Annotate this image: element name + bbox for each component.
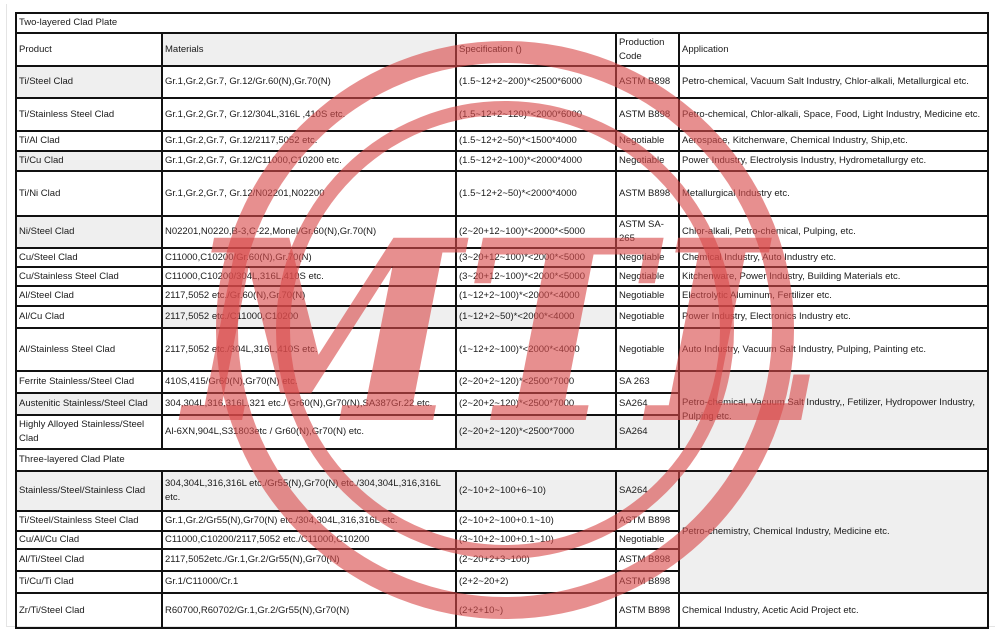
cell-code: Negotiable [616, 151, 679, 171]
cell-code: Negotiable [616, 531, 679, 549]
table-row: Al/Cu Clad 2117,5052 etc./C11000,C10200 … [16, 306, 988, 328]
header-row: Product Materials Specification () Produ… [16, 33, 988, 66]
cell-materials: Gr.1,Gr.2,Gr.7, Gr.12/C11000,C10200 etc. [162, 151, 456, 171]
header-product: Product [16, 33, 162, 66]
cell-spec: (2~20+2~120)*<2500*7000 [456, 371, 616, 393]
cell-spec: (1.5~12+2~120)*<2000*6000 [456, 98, 616, 131]
cell-code: ASTM B898 [616, 171, 679, 216]
cell-code: ASTM B898 [616, 549, 679, 571]
table-row: Al/Stainless Steel Clad 2117,5052 etc./3… [16, 328, 988, 371]
cell-spec: (2+2~20+2) [456, 571, 616, 593]
cell-materials: Gr.1/C11000/Cr.1 [162, 571, 456, 593]
cell-application-merged: Petro-chemistry, Chemical Industry, Medi… [679, 471, 988, 593]
header-specification: Specification () [456, 33, 616, 66]
header-application: Application [679, 33, 988, 66]
section-row-two-layer: Two-layered Clad Plate [16, 13, 988, 33]
cell-product: Cu/Steel Clad [16, 248, 162, 267]
cell-materials: Gr.1,Gr.2,Gr.7, Gr.12/304L,316L ,410S et… [162, 98, 456, 131]
cell-application: Power Industry, Electronics Industry etc… [679, 306, 988, 328]
cell-product: Stainless/Steel/Stainless Clad [16, 471, 162, 511]
cell-spec: (2+2+10~) [456, 593, 616, 628]
cell-materials: C11000,C10200/2117,5052 etc./C11000,C102… [162, 531, 456, 549]
table-row: Cu/Steel Clad C11000,C10200/Gr.60(N),Gr.… [16, 248, 988, 267]
cell-spec: (2~10+2~100+6~10) [456, 471, 616, 511]
cell-spec: (3~20+12~100)*<2000*<5000 [456, 248, 616, 267]
table-row: Ferrite Stainless/Steel Clad 410S,415/Gr… [16, 371, 988, 393]
cell-application: Power Industry, Electrolysis Industry, H… [679, 151, 988, 171]
cell-spec: (2~20+2+3~100) [456, 549, 616, 571]
cell-code: SA 263 [616, 371, 679, 393]
cell-materials: Gr.1,Gr.2,Gr.7, Gr.12/2117,5052 etc. [162, 131, 456, 151]
cell-materials: Gr.1,Gr.2,Gr.7, Gr.12/Gr.60(N),Gr.70(N) [162, 66, 456, 98]
cell-product: Al/Steel Clad [16, 286, 162, 306]
cell-spec: (2~20+2~120)*<2500*7000 [456, 415, 616, 449]
table-row: Ti/Al Clad Gr.1,Gr.2,Gr.7, Gr.12/2117,50… [16, 131, 988, 151]
cell-materials: C11000,C10200/Gr.60(N),Gr.70(N) [162, 248, 456, 267]
cell-code: Negotiable [616, 131, 679, 151]
cell-spec: (1.5~12+2~50)*<1500*4000 [456, 131, 616, 151]
cell-product: Ni/Steel Clad [16, 216, 162, 248]
table-row: Zr/Ti/Steel Clad R60700,R60702/Gr.1,Gr.2… [16, 593, 988, 628]
cell-application-merged: Petro-chemical, Vacuum Salt Industry,, F… [679, 371, 988, 449]
cell-application: Chemical Industry, Acetic Acid Project e… [679, 593, 988, 628]
cell-code: ASTM B898 [616, 571, 679, 593]
cell-spec: (1.5~12+2~50)*<2000*4000 [456, 171, 616, 216]
cell-product: Austenitic Stainless/Steel Clad [16, 393, 162, 415]
cell-product: Al/Ti/Steel Clad [16, 549, 162, 571]
section-title: Three-layered Clad Plate [16, 449, 988, 471]
cell-application: Chlor-alkali, Petro-chemical, Pulping, e… [679, 216, 988, 248]
cell-spec: (1.5~12+2~100)*<2000*4000 [456, 151, 616, 171]
cell-spec: (3~10+2~100+0.1~10) [456, 531, 616, 549]
cell-materials: 304,304L,316,316L etc./Gr55(N),Gr70(N) e… [162, 471, 456, 511]
cell-code: ASTM B898 [616, 98, 679, 131]
cell-spec: (2~20+12~100)*<2000*<5000 [456, 216, 616, 248]
header-materials: Materials [162, 33, 456, 66]
cell-product: Zr/Ti/Steel Clad [16, 593, 162, 628]
cell-materials: N02201,N0220,B-3,C-22,Monel/Gr.60(N),Gr.… [162, 216, 456, 248]
cell-code: Negotiable [616, 286, 679, 306]
cell-spec: (1~12+2~100)*<2000*<4000 [456, 328, 616, 371]
cell-application: Petro-chemical, Chlor-alkali, Space, Foo… [679, 98, 988, 131]
cell-spec: (1~12+2~100)*<2000*<4000 [456, 286, 616, 306]
cell-code: Negotiable [616, 267, 679, 286]
cell-product: Al/Stainless Steel Clad [16, 328, 162, 371]
cell-materials: 2117,5052 etc./C11000,C10200 [162, 306, 456, 328]
section-row-three-layer: Three-layered Clad Plate [16, 449, 988, 471]
cell-product: Ti/Steel Clad [16, 66, 162, 98]
cell-product: Ti/Cu/Ti Clad [16, 571, 162, 593]
cell-code: SA264 [616, 393, 679, 415]
cell-application: Kitchenware, Power Industry, Building Ma… [679, 267, 988, 286]
cell-materials: C11000,C10200/304L,316L,410S etc. [162, 267, 456, 286]
cell-materials: 2117,5052 etc./304L,316L,410S etc. [162, 328, 456, 371]
cell-product: Ti/Stainless Steel Clad [16, 98, 162, 131]
cell-application: Metallurgical Industry etc. [679, 171, 988, 216]
table-row: Cu/Stainless Steel Clad C11000,C10200/30… [16, 267, 988, 286]
table-row: Ti/Stainless Steel Clad Gr.1,Gr.2,Gr.7, … [16, 98, 988, 131]
table-row: Ti/Ni Clad Gr.1,Gr.2,Gr.7, Gr.12/N02201,… [16, 171, 988, 216]
table-row: Ni/Steel Clad N02201,N0220,B-3,C-22,Mone… [16, 216, 988, 248]
cell-product: Cu/Al/Cu Clad [16, 531, 162, 549]
cell-product: Highly Alloyed Stainless/Steel Clad [16, 415, 162, 449]
section-title: Two-layered Clad Plate [16, 13, 988, 33]
cell-application: Electrolytic Aluminum, Fertilizer etc. [679, 286, 988, 306]
table-row: Ti/Cu Clad Gr.1,Gr.2,Gr.7, Gr.12/C11000,… [16, 151, 988, 171]
cell-code: ASTM B898 [616, 511, 679, 531]
cell-application: Aerospace, Kitchenware, Chemical Industr… [679, 131, 988, 151]
table-row: Ti/Steel Clad Gr.1,Gr.2,Gr.7, Gr.12/Gr.6… [16, 66, 988, 98]
table-row: Stainless/Steel/Stainless Clad 304,304L,… [16, 471, 988, 511]
cell-materials: 410S,415/Gr60(N),Gr70(N) etc. [162, 371, 456, 393]
cell-product: Cu/Stainless Steel Clad [16, 267, 162, 286]
cell-code: SA264 [616, 471, 679, 511]
cell-materials: Gr.1,Gr.2,Gr.7, Gr.12/N02201,N02200 [162, 171, 456, 216]
cell-application: Auto Industry, Vacuum Salt Industry, Pul… [679, 328, 988, 371]
cell-product: Ti/Cu Clad [16, 151, 162, 171]
header-production-code: Production Code [616, 33, 679, 66]
cell-code: SA264 [616, 415, 679, 449]
cell-application: Chemical Industry, Auto Industry etc. [679, 248, 988, 267]
cell-code: ASTM B898 [616, 66, 679, 98]
cell-materials: Gr.1,Gr.2/Gr55(N),Gr70(N) etc./304,304L,… [162, 511, 456, 531]
cell-spec: (2~10+2~100+0.1~10) [456, 511, 616, 531]
cell-code: Negotiable [616, 248, 679, 267]
cell-spec: (1.5~12+2~200)*<2500*6000 [456, 66, 616, 98]
cell-code: Negotiable [616, 306, 679, 328]
cell-materials: 2117,5052 etc./Gr.60(N),Gr.70(N) [162, 286, 456, 306]
cell-code: Negotiable [616, 328, 679, 371]
cell-code: ASTM SA-265 [616, 216, 679, 248]
cell-materials: 2117,5052etc./Gr.1,Gr.2/Gr55(N),Gr70(N) [162, 549, 456, 571]
cell-materials: 304,304L,316,316L,321 etc./ Gr60(N),Gr70… [162, 393, 456, 415]
cell-product: Ferrite Stainless/Steel Clad [16, 371, 162, 393]
cell-spec: (3~20+12~100)*<2000*<5000 [456, 267, 616, 286]
cell-application: Petro-chemical, Vacuum Salt Industry, Ch… [679, 66, 988, 98]
cell-product: Ti/Steel/Stainless Steel Clad [16, 511, 162, 531]
cell-spec: (1~12+2~50)*<2000*<4000 [456, 306, 616, 328]
cell-product: Al/Cu Clad [16, 306, 162, 328]
clad-plate-table: Two-layered Clad Plate Product Materials… [15, 12, 989, 629]
cell-materials: Al-6XN,904L,S31803etc / Gr60(N),Gr70(N) … [162, 415, 456, 449]
cell-code: ASTM B898 [616, 593, 679, 628]
cell-materials: R60700,R60702/Gr.1,Gr.2/Gr55(N),Gr70(N) [162, 593, 456, 628]
cell-spec: (2~20+2~120)*<2500*7000 [456, 393, 616, 415]
cell-product: Ti/Ni Clad [16, 171, 162, 216]
cell-product: Ti/Al Clad [16, 131, 162, 151]
table-row: Al/Steel Clad 2117,5052 etc./Gr.60(N),Gr… [16, 286, 988, 306]
